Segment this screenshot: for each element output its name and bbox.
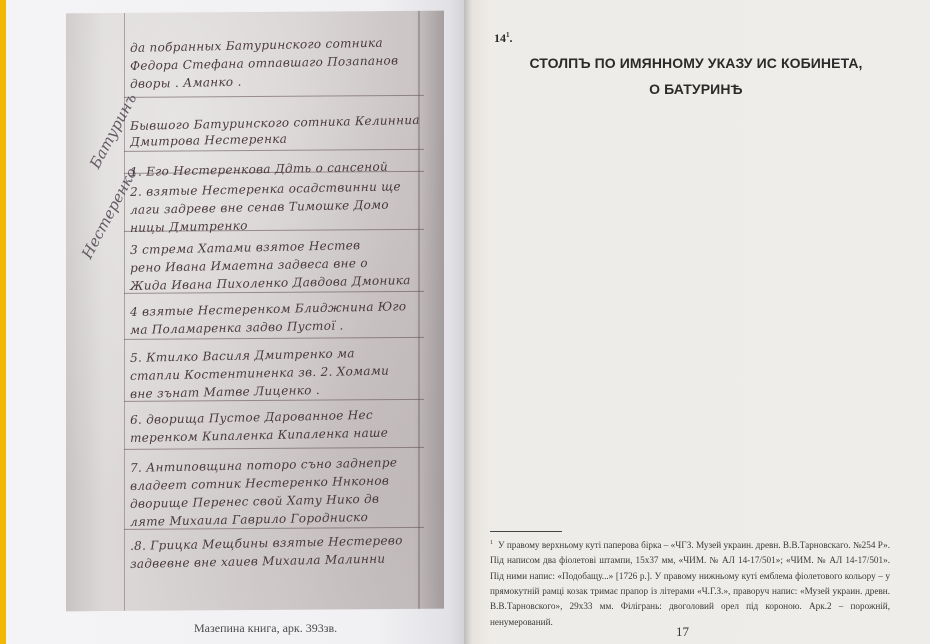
manuscript-line: 2. взятые Нестеренка осадствинни ще: [130, 179, 430, 199]
manuscript-line: 1. Его Нестеренкова Ддть о сансеной: [130, 159, 430, 179]
figure-caption: Мазепина книга, арк. 393зв.: [194, 621, 337, 636]
manuscript-line: лаги задреве вне сенав Тимошке Домо: [130, 197, 430, 217]
title-line-1: СТОЛПЪ ПО ИМЯННОМУ УКАЗУ ИС КОБИНЕТА,: [500, 50, 892, 76]
footnote-separator: [490, 531, 562, 532]
page-number: 17: [676, 624, 689, 640]
document-title: СТОЛПЪ ПО ИМЯННОМУ УКАЗУ ИС КОБИНЕТА, О …: [500, 50, 892, 102]
manuscript-line: 5. Ктилко Василя Дмитренко ма: [130, 345, 430, 365]
document-number-value: 14: [494, 31, 506, 45]
left-page: Батуринъ Нестеренко да побранных Батурин…: [6, 0, 468, 644]
manuscript-line: ма Поламаренка задво Пустої .: [130, 317, 430, 337]
manuscript-line: 6. дворища Пустое Дарованное Нес: [130, 407, 430, 427]
manuscript-line: вне зънат Матве Лиценко .: [130, 381, 430, 401]
footnote: 1У правому верхньому куті паперова бірка…: [490, 536, 890, 630]
document-number-suffix: .: [510, 31, 513, 45]
manuscript-line: да побранных Батуринского сотника: [130, 35, 430, 55]
manuscript-line: рено Ивана Имаетна задвеса вне о: [130, 255, 430, 275]
manuscript-entry-rule: [124, 447, 424, 450]
manuscript-line: Жида Ивана Пихоленко Давдова Дмоника: [130, 273, 430, 293]
manuscript-line: теренком Кипаленка Кипаленка наше: [130, 425, 430, 445]
manuscript-entry-rule: [124, 149, 424, 152]
manuscript-line: 3 стрема Хатами взятое Нестев: [130, 237, 430, 257]
manuscript-line: задвевне вне хаиев Михаила Малинни: [130, 551, 430, 571]
manuscript-line: 4 взятые Нестеренком Блиджнина Юго: [130, 299, 430, 319]
footnote-text: У правому верхньому куті паперова бірка …: [490, 540, 890, 626]
manuscript-line: стапли Костентиненка зв. 2. Хомами: [130, 363, 430, 383]
manuscript-line: дворище Перенес свой Хату Нико дв: [130, 491, 430, 511]
manuscript-line: .8. Грицка Мещбины взятые Нестерево: [130, 533, 430, 553]
footnote-marker: 1: [490, 540, 493, 546]
manuscript-entry-rule: [124, 337, 424, 340]
manuscript-line: Федора Стефана отпавшаго Позапанов: [130, 53, 430, 73]
manuscript-line: ляте Михаила Гаврило Городниско: [130, 509, 430, 529]
manuscript-entry-rule: [124, 95, 424, 98]
manuscript-line: владеет сотник Нестеренко Ннконов: [130, 473, 430, 493]
manuscript-line: 7. Антиповщина поторо съно заднепре: [130, 455, 430, 475]
manuscript-line: дворы . Аманко .: [130, 71, 430, 91]
title-line-2: О БАТУРИНѢ: [500, 76, 892, 102]
manuscript-facsimile: Батуринъ Нестеренко да побранных Батурин…: [66, 11, 444, 612]
document-number: 141.: [494, 31, 513, 46]
manuscript-line: ницы Дмитренко: [130, 215, 430, 235]
